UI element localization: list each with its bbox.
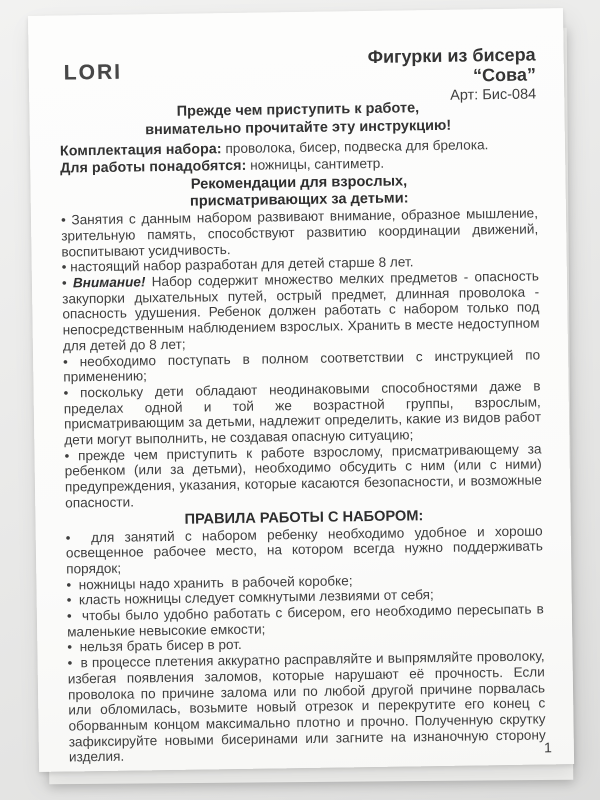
recommendations-list: • Занятия с данным набором развивают вни… xyxy=(61,206,542,511)
kit-tools-value: ножницы, сантиметр. xyxy=(250,155,384,172)
list-item: • прежде чем приступить к работе взросло… xyxy=(64,441,542,511)
list-item-attention: • Внимание! Набор содержит множество мел… xyxy=(62,268,540,354)
article-number: Арт: Бис-084 xyxy=(368,84,536,106)
lori-logo: LORI xyxy=(64,61,123,86)
product-title-block: Фигурки из бисера “Сова” Арт: Бис-084 xyxy=(367,44,536,106)
list-item: • в процессе плетения аккуратно расправл… xyxy=(67,649,546,766)
kit-contents: Комплектация набора: проволока, бисер, п… xyxy=(60,136,537,176)
kit-contents-label: Комплектация набора: xyxy=(60,141,222,159)
product-title-line1: Фигурки из бисера xyxy=(367,44,535,66)
attention-label: Внимание! xyxy=(73,274,146,290)
kit-tools-label: Для работы понадобятся: xyxy=(60,157,246,176)
page-number: 1 xyxy=(544,739,552,755)
kit-contents-value: проволока, бисер, подвеска для брелока. xyxy=(225,137,488,156)
photo-background: LORI Фигурки из бисера “Сова” Арт: Бис-0… xyxy=(0,0,600,800)
bullet: • xyxy=(62,275,73,290)
product-title-line2: “Сова” xyxy=(368,64,536,86)
page-header: LORI Фигурки из бисера “Сова” Арт: Бис-0… xyxy=(59,48,537,113)
list-item: • для занятий с набором ребенку необходи… xyxy=(66,523,544,577)
instruction-sheet: LORI Фигурки из бисера “Сова” Арт: Бис-0… xyxy=(28,8,574,772)
rules-list: • для занятий с набором ребенку необходи… xyxy=(66,523,546,766)
list-item: • Занятия с данным набором развивают вни… xyxy=(61,206,539,260)
list-item: • поскольку дети обладают неодинаковыми … xyxy=(63,378,541,448)
